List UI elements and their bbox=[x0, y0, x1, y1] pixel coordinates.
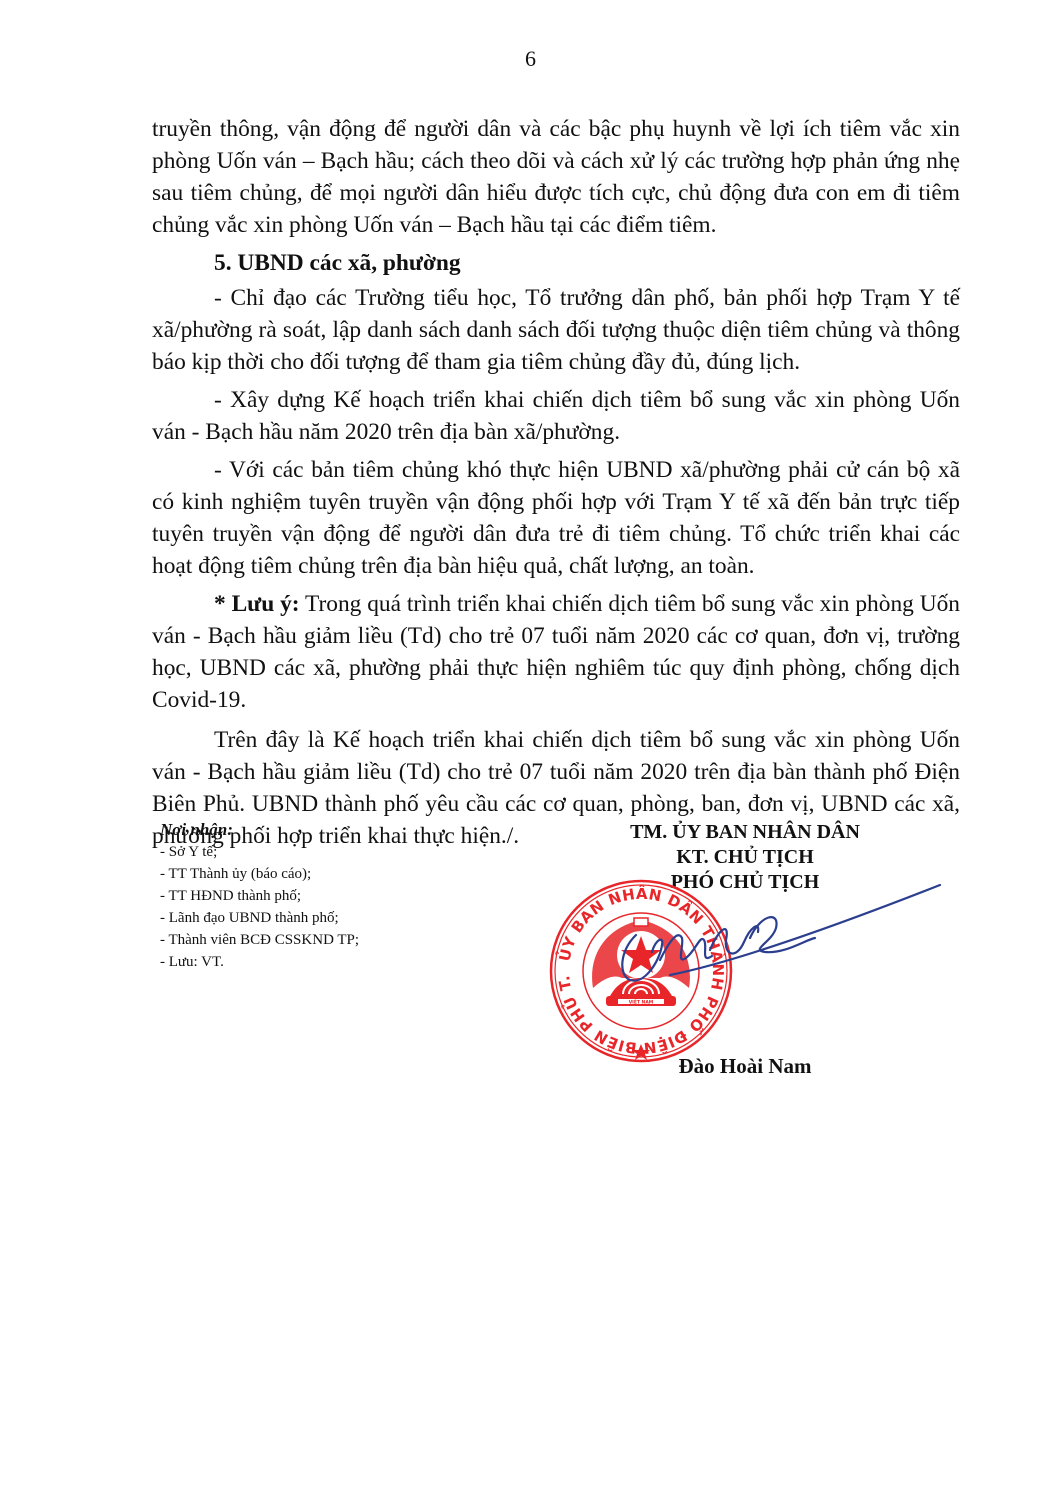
signer-name: Đào Hoài Nam bbox=[560, 1054, 930, 1079]
paragraph-note: * Lưu ý: Trong quá trình triển khai chiế… bbox=[152, 588, 960, 716]
recipient-item: - TT HĐND thành phố; bbox=[160, 885, 359, 907]
recipients-block: Nơi nhận: - Sở Y tế; - TT Thành ủy (báo … bbox=[160, 820, 359, 973]
page-number: 6 bbox=[0, 46, 1061, 72]
recipient-item: - Sở Y tế; bbox=[160, 841, 359, 863]
signature-line-1: TM. ỦY BAN NHÂN DÂN bbox=[560, 820, 930, 845]
section-heading-ubnd: 5. UBND các xã, phường bbox=[152, 247, 960, 279]
paragraph-direct-schools: - Chỉ đạo các Trường tiểu học, Tổ trưởng… bbox=[152, 282, 960, 378]
document-body: truyền thông, vận động để người dân và c… bbox=[152, 113, 960, 852]
recipient-item: - TT Thành ủy (báo cáo); bbox=[160, 863, 359, 885]
signature-line-2: KT. CHỦ TỊCH bbox=[560, 845, 930, 870]
recipient-item: - Lãnh đạo UBND thành phố; bbox=[160, 907, 359, 929]
recipient-item: - Lưu: VT. bbox=[160, 951, 359, 973]
handwritten-signature-icon bbox=[600, 880, 950, 1000]
paragraph-difficult-areas: - Với các bản tiêm chủng khó thực hiện U… bbox=[152, 454, 960, 582]
paragraph-communication: truyền thông, vận động để người dân và c… bbox=[152, 113, 960, 241]
note-label: * Lưu ý: bbox=[214, 591, 300, 617]
paragraph-build-plan: - Xây dựng Kế hoạch triển khai chiến dịc… bbox=[152, 384, 960, 448]
recipient-item: - Thành viên BCĐ CSSKND TP; bbox=[160, 929, 359, 951]
recipients-title: Nơi nhận: bbox=[160, 820, 359, 840]
